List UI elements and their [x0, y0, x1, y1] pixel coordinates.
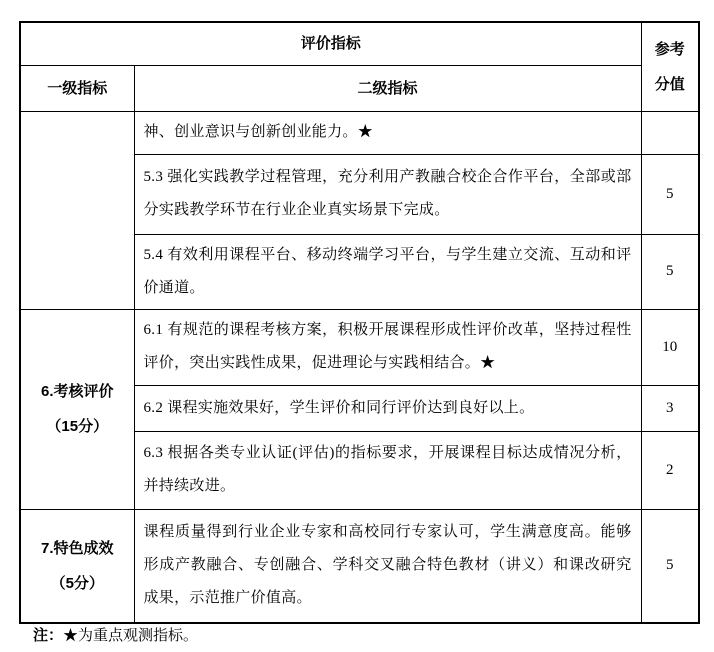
- header-row-2: 一级指标 二级指标: [20, 65, 699, 111]
- level1-cell-group6: 6.考核评价 （15分）: [20, 309, 134, 509]
- header-eval-indicators: 评价指标: [20, 22, 641, 65]
- indicator-text-7: 课程质量得到行业企业专家和高校同行专家认可，学生满意度高。能够形成产教融合、专创…: [134, 509, 641, 623]
- table-row: 7.特色成效 （5分） 课程质量得到行业企业专家和高校同行专家认可，学生满意度高…: [20, 509, 699, 623]
- group7-label-line1: 7.特色成效: [21, 531, 134, 566]
- indicator-text-6-1: 6.1 有规范的课程考核方案，积极开展课程形成性评价改革，坚持过程性评价，突出实…: [134, 309, 641, 385]
- group6-label-line2: （15分）: [21, 409, 134, 444]
- header-level2-indicator: 二级指标: [134, 65, 641, 111]
- score-5-4: 5: [641, 234, 699, 309]
- indicator-text-5-3: 5.3 强化实践教学过程管理，充分利用产教融合校企合作平台，全部或部分实践教学环…: [134, 154, 641, 234]
- score-6-1: 10: [641, 309, 699, 385]
- header-score-line2: 分值: [642, 67, 699, 102]
- header-reference-score: 参考 分值: [641, 22, 699, 111]
- score-5-2-cont: [641, 111, 699, 154]
- level1-cell-group7: 7.特色成效 （5分）: [20, 509, 134, 623]
- header-score-line1: 参考: [642, 32, 699, 67]
- footnote: 注：★为重点观测指标。: [33, 626, 198, 646]
- score-6-3: 2: [641, 431, 699, 509]
- document-page: 评价指标 参考 分值 一级指标 二级指标 神、创业意识与创新创业能力。★ 5.3…: [0, 0, 714, 652]
- score-5-3: 5: [641, 154, 699, 234]
- footnote-text: ★为重点观测指标。: [63, 628, 198, 644]
- header-level1-indicator: 一级指标: [20, 65, 134, 111]
- indicator-text-5-2-cont: 神、创业意识与创新创业能力。★: [134, 111, 641, 154]
- indicator-text-6-3: 6.3 根据各类专业认证(评估)的指标要求，开展课程目标达成情况分析，并持续改进…: [134, 431, 641, 509]
- group7-label-line2: （5分）: [21, 566, 134, 601]
- indicator-text-5-4: 5.4 有效利用课程平台、移动终端学习平台，与学生建立交流、互动和评价通道。: [134, 234, 641, 309]
- evaluation-table: 评价指标 参考 分值 一级指标 二级指标 神、创业意识与创新创业能力。★ 5.3…: [19, 21, 700, 624]
- score-7: 5: [641, 509, 699, 623]
- group6-label-line1: 6.考核评价: [21, 374, 134, 409]
- table-row: 神、创业意识与创新创业能力。★: [20, 111, 699, 154]
- level1-cell-group5-empty: [20, 111, 134, 309]
- indicator-text-6-2: 6.2 课程实施效果好，学生评价和同行评价达到良好以上。: [134, 385, 641, 431]
- score-6-2: 3: [641, 385, 699, 431]
- footnote-label: 注：: [33, 627, 63, 644]
- table-row: 6.考核评价 （15分） 6.1 有规范的课程考核方案，积极开展课程形成性评价改…: [20, 309, 699, 385]
- header-row-1: 评价指标 参考 分值: [20, 22, 699, 65]
